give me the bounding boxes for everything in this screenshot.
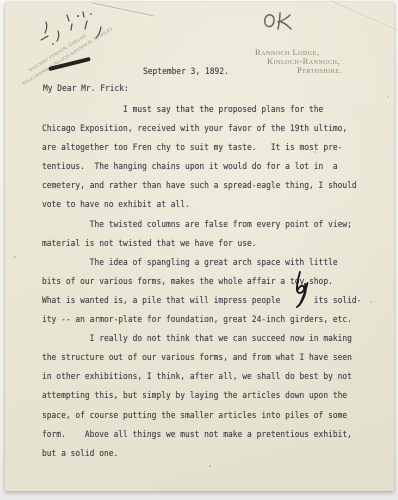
photo-background: RAILWAY STATION, STRUAN TELEGRAMS, KINLO… bbox=[0, 0, 398, 500]
paper-speckles bbox=[5, 2, 394, 491]
letter-paper: RAILWAY STATION, STRUAN TELEGRAMS, KINLO… bbox=[5, 2, 394, 491]
